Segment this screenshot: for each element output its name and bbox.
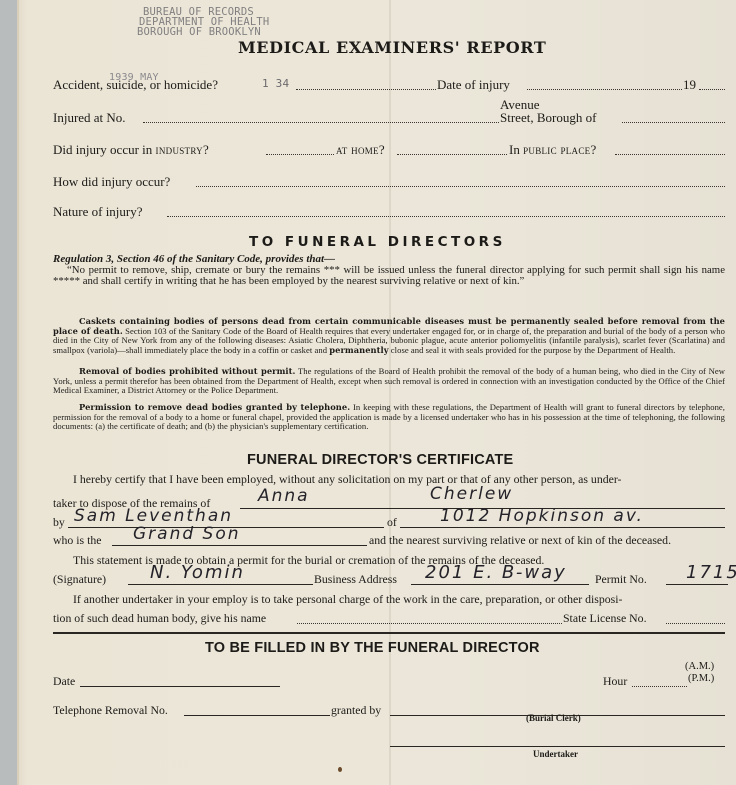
signature-label: (Signature) xyxy=(53,572,106,587)
date-label: Date xyxy=(53,674,75,689)
of-field[interactable] xyxy=(400,527,725,528)
removal-heading: Removal of bodies prohibited without per… xyxy=(79,366,295,376)
relationship-value: Grand Son xyxy=(133,524,241,544)
ink-spot xyxy=(338,767,342,772)
of-value: 1012 Hopkinson av. xyxy=(440,506,644,526)
caskets-paragraph: Caskets containing bodies of persons dea… xyxy=(53,317,725,355)
relationship-field[interactable] xyxy=(112,545,367,546)
records-stamp: BUREAU OF RECORDS DEPARTMENT OF HEALTH B… xyxy=(143,7,269,37)
permit-number-label: Permit No. xyxy=(595,572,647,587)
how-label: How did injury occur? xyxy=(53,174,170,190)
funeral-directors-heading: TO FUNERAL DIRECTORS xyxy=(249,234,506,250)
who-is-label: who is the xyxy=(53,533,102,548)
year-prefix: 19 xyxy=(683,77,696,93)
telephone-removal-field[interactable] xyxy=(184,715,330,716)
date-stamp: 1939 MAY xyxy=(109,73,159,83)
caskets-emphasis: permanently xyxy=(329,345,388,355)
industry-question: Did injury occur in industry? xyxy=(53,142,209,158)
stamp-line-3: BOROUGH OF BROOKLYN xyxy=(137,27,269,37)
undertaker-signature-field[interactable] xyxy=(390,746,725,747)
caskets-text-end: close and seal it with seals provided fo… xyxy=(389,345,676,355)
undertaker-name-field[interactable] xyxy=(297,623,562,624)
date-field[interactable] xyxy=(80,686,280,687)
year-field[interactable] xyxy=(699,89,725,90)
telephone-removal-label: Telephone Removal No. xyxy=(53,703,168,718)
fill-in-heading: TO BE FILLED IN BY THE FUNERAL DIRECTOR xyxy=(205,640,540,656)
business-address-field[interactable] xyxy=(411,584,589,585)
undertaker-name-label: tion of such dead human body, give his n… xyxy=(53,611,266,626)
regulation-quote: “No permit to remove, ship, cremate or b… xyxy=(53,265,725,288)
date-of-injury-label: Date of injury xyxy=(437,77,510,93)
certify-line: I hereby certify that I have been employ… xyxy=(73,472,621,487)
public-place-question: In public place? xyxy=(509,142,597,158)
remains-first-name: Anna xyxy=(258,486,310,506)
signature-value: N. Yomin xyxy=(150,562,245,583)
nature-field[interactable] xyxy=(167,216,725,217)
by-value: Sam Leventhan xyxy=(74,506,233,526)
how-field[interactable] xyxy=(196,186,725,187)
of-label: of xyxy=(387,515,397,530)
accident-field[interactable] xyxy=(296,89,436,90)
street-borough-label: Street, Borough of xyxy=(500,110,596,126)
permit-number-value: 1715 xyxy=(686,562,736,583)
removal-paragraph: Removal of bodies prohibited without per… xyxy=(53,367,725,396)
injured-at-field[interactable] xyxy=(143,122,499,123)
another-undertaker-line: If another undertaker in your employ is … xyxy=(73,592,622,607)
borough-field[interactable] xyxy=(622,122,725,123)
accident-stamp-value: 1 34 xyxy=(262,79,289,89)
pm-label: (P.M.) xyxy=(688,673,714,684)
permit-number-field[interactable] xyxy=(666,584,728,585)
permission-heading: Permission to remove dead bodies granted… xyxy=(79,402,350,412)
injured-at-label: Injured at No. xyxy=(53,110,126,126)
public-place-label: public place? xyxy=(523,142,596,157)
at-home-field[interactable] xyxy=(397,154,507,155)
page-title: MEDICAL EXAMINERS' REPORT xyxy=(238,38,546,57)
undertaker-caption: Undertaker xyxy=(533,749,578,759)
section-divider xyxy=(53,632,725,634)
business-address-label: Business Address xyxy=(314,572,397,587)
public-prefix: In xyxy=(509,142,520,157)
by-label: by xyxy=(53,515,65,530)
am-label: (A.M.) xyxy=(685,661,714,672)
nature-label: Nature of injury? xyxy=(53,204,143,220)
industry-field[interactable] xyxy=(266,154,334,155)
date-of-injury-field[interactable] xyxy=(527,89,682,90)
granted-by-label: granted by xyxy=(331,703,381,718)
state-license-label: State License No. xyxy=(563,611,647,626)
state-license-field[interactable] xyxy=(666,623,725,624)
hour-field[interactable] xyxy=(632,686,687,687)
at-home-label: at home? xyxy=(336,142,385,158)
remains-last-name: Cherlew xyxy=(430,484,513,504)
industry-label: industry? xyxy=(156,142,209,157)
permission-paragraph: Permission to remove dead bodies granted… xyxy=(53,403,725,432)
industry-prefix: Did injury occur in xyxy=(53,142,152,157)
certificate-heading: FUNERAL DIRECTOR'S CERTIFICATE xyxy=(247,452,513,468)
next-of-kin-label: and the nearest surviving relative or ne… xyxy=(369,533,671,548)
business-address-value: 201 E. B-way xyxy=(425,562,567,583)
signature-field[interactable] xyxy=(128,584,313,585)
hour-label: Hour xyxy=(603,674,627,689)
burial-clerk-caption: (Burial Clerk) xyxy=(526,713,581,723)
public-place-field[interactable] xyxy=(615,154,725,155)
